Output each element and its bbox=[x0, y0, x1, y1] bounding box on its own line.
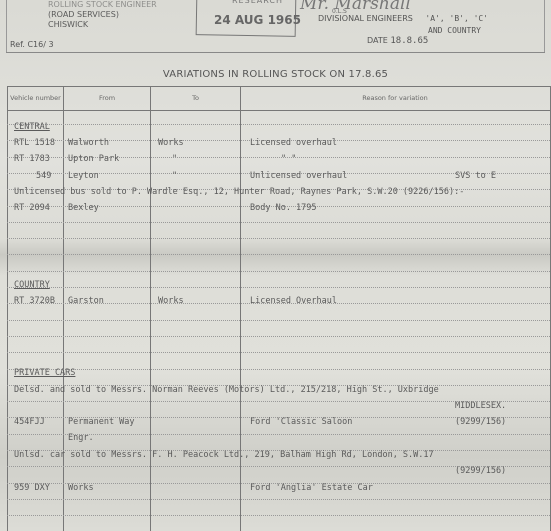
recipient-line: DIVISIONAL ENGINEERS 'A', 'B', 'C' bbox=[318, 14, 488, 23]
reason: Unlicensed overhaul bbox=[250, 171, 347, 181]
section-heading: COUNTRY bbox=[14, 280, 50, 290]
from-location: Bexley bbox=[68, 203, 99, 213]
column-header-to: To bbox=[151, 86, 240, 110]
from-location: Leyton bbox=[68, 171, 99, 181]
reason-annotation: SVS to E bbox=[455, 171, 496, 181]
to-location: Works bbox=[158, 296, 184, 306]
ruled-line bbox=[7, 124, 550, 125]
ruled-line bbox=[7, 320, 550, 321]
ruled-line bbox=[7, 352, 550, 353]
section-heading: PRIVATE CARS bbox=[14, 368, 75, 378]
ruled-line bbox=[7, 515, 550, 516]
recipient-divisions: 'A', 'B', 'C' bbox=[425, 14, 488, 23]
stamp-date: 24 AUG 1965 bbox=[214, 13, 301, 27]
header-border-right bbox=[544, 0, 545, 53]
ruled-line bbox=[7, 222, 550, 223]
column-divider bbox=[150, 86, 151, 531]
from-location: Upton Park bbox=[68, 154, 119, 164]
vehicle-number: RT 2094 bbox=[14, 203, 50, 213]
note-row: Delsd. and sold to Messrs. Norman Reeves… bbox=[14, 385, 439, 395]
from-location: Engr. bbox=[68, 433, 94, 443]
vehicle-number: RT 1783 bbox=[14, 154, 50, 164]
vehicle-number: 549 bbox=[36, 171, 51, 181]
vehicle-number: 454FJJ bbox=[14, 417, 45, 427]
reason: Ford 'Anglia' Estate Car bbox=[250, 483, 373, 493]
ruled-line bbox=[7, 336, 550, 337]
document-date: DATE 18.8.65 bbox=[367, 36, 428, 46]
to-location: Works bbox=[158, 138, 184, 148]
handwritten-annotation: Mr. Marshall bbox=[300, 0, 411, 14]
document-page: ROLLING STOCK ENGINEER (ROAD SERVICES) C… bbox=[0, 0, 551, 531]
date-value: 18.8.65 bbox=[390, 36, 428, 46]
ruled-line bbox=[7, 369, 550, 370]
recipient-line-2: AND COUNTRY bbox=[428, 26, 481, 35]
reason: " " bbox=[281, 154, 296, 164]
variations-table bbox=[7, 86, 551, 531]
ruled-line bbox=[7, 287, 550, 288]
ruled-line bbox=[7, 238, 550, 239]
from-location: Walworth bbox=[68, 138, 109, 148]
ruled-line bbox=[7, 499, 550, 500]
section-heading: CENTRAL bbox=[14, 122, 50, 132]
header-divider bbox=[6, 52, 545, 53]
column-header-vehicle: Vehicle number bbox=[8, 86, 63, 110]
note-row: Unlicensed bus sold to P. Wardle Esq., 1… bbox=[14, 187, 464, 197]
sender-line-2: (ROAD SERVICES) bbox=[48, 10, 157, 20]
vehicle-number: 959 DXY bbox=[14, 483, 50, 493]
reason: Ford 'Classic Saloon bbox=[250, 417, 352, 427]
column-header-from: From bbox=[64, 86, 150, 110]
recipient-label: DIVISIONAL ENGINEERS bbox=[318, 14, 413, 23]
document-title: VARIATIONS IN ROLLING STOCK ON 17.8.65 bbox=[0, 69, 551, 80]
header-border-left bbox=[6, 0, 7, 53]
vehicle-number: RT 3720B bbox=[14, 296, 55, 306]
to-location: " bbox=[172, 171, 177, 181]
reason: Body No. 1795 bbox=[250, 203, 317, 213]
header-row-divider bbox=[7, 110, 550, 111]
reason-annotation: (9299/156) bbox=[455, 466, 506, 476]
reason: Licensed overhaul bbox=[250, 138, 337, 148]
sender-block: ROLLING STOCK ENGINEER (ROAD SERVICES) C… bbox=[48, 0, 157, 30]
column-header-reason: Reason for variation bbox=[241, 86, 549, 110]
vehicle-number: RTL 1518 bbox=[14, 138, 55, 148]
reason: Licensed Overhaul bbox=[250, 296, 337, 306]
reason-annotation: MIDDLESEX. bbox=[455, 401, 506, 411]
reference-number: Ref. C16/ 3 bbox=[10, 40, 54, 49]
ruled-line bbox=[7, 254, 550, 255]
note-row: Unlsd. car sold to Messrs. F. H. Peacock… bbox=[14, 450, 434, 460]
ruled-line bbox=[7, 271, 550, 272]
reason-annotation: (9299/156) bbox=[455, 417, 506, 427]
stamp-department: RESEARCH bbox=[232, 0, 283, 5]
sender-line-1: ROLLING STOCK ENGINEER bbox=[48, 0, 157, 10]
sender-line-3: CHISWICK bbox=[48, 20, 157, 30]
column-divider bbox=[63, 86, 64, 531]
from-location: Garston bbox=[68, 296, 104, 306]
from-location: Works bbox=[68, 483, 94, 493]
column-divider bbox=[240, 86, 241, 531]
to-location: " bbox=[172, 154, 177, 164]
from-location: Permanent Way bbox=[68, 417, 135, 427]
date-label: DATE bbox=[367, 36, 388, 45]
